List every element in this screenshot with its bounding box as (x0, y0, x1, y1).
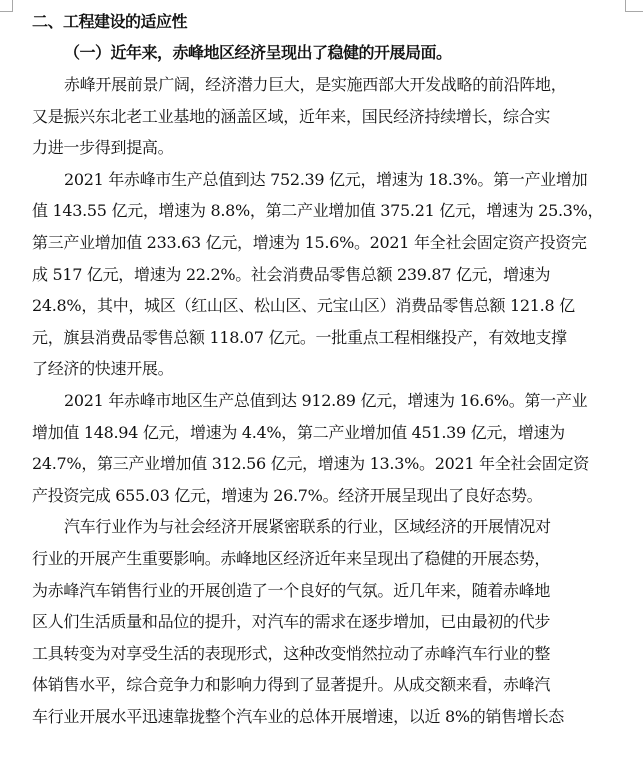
text-line: 元，旗县消费品零售总额 118.07 亿元。一批重点工程相继投产，有效地支撑 (32, 322, 580, 354)
text-line: 值 143.55 亿元，增速为 8.8%，第二产业增加值 375.21 亿元，增… (32, 195, 580, 227)
crop-mark-top-right (625, 0, 643, 12)
paragraph-gdp-2021-a: 2021 年赤峰市生产总值到达 752.39 亿元，增速为 18.3%。第一产业… (32, 164, 580, 385)
text-line: 了经济的快速开展。 (32, 353, 580, 385)
text-line: 车行业开展水平迅速靠拢整个汽车业的总体开展增速，以近 8%的销售增长态 (32, 701, 580, 733)
text-line: 赤峰开展前景广阔，经济潜力巨大，是实施西部大开发战略的前沿阵地， (32, 69, 580, 101)
text-line: 工具转变为对享受生活的表现形式，这种改变悄然拉动了赤峰汽车行业的整 (32, 638, 580, 670)
paragraph-auto-industry: 汽车行业作为与社会经济开展紧密联系的行业，区域经济的开展情况对 行业的开展产生重… (32, 511, 580, 732)
text-line: 力进一步得到提高。 (32, 132, 580, 164)
subsection-heading: （一）近年来，赤峰地区经济呈现出了稳健的开展局面。 (32, 37, 580, 69)
text-line: 又是振兴东北老工业基地的涵盖区域，近年来，国民经济持续增长，综合实 (32, 101, 580, 133)
text-line: 成 517 亿元，增速为 22.2%。社会消费品零售总额 239.87 亿元，增… (32, 259, 580, 291)
paragraph-overview: 赤峰开展前景广阔，经济潜力巨大，是实施西部大开发战略的前沿阵地， 又是振兴东北老… (32, 69, 580, 164)
text-line: 产投资完成 655.03 亿元，增速为 26.7%。经济开展呈现出了良好态势。 (32, 480, 580, 512)
section-heading: 二、工程建设的适应性 (32, 6, 580, 37)
text-line: 第三产业增加值 233.63 亿元，增速为 15.6%。2021 年全社会固定资… (32, 227, 580, 259)
text-line: 区人们生活质量和品位的提升，对汽车的需求在逐步增加，已由最初的代步 (32, 606, 580, 638)
text-line: 为赤峰汽车销售行业的开展创造了一个良好的气氛。近几年来，随着赤峰地 (32, 575, 580, 607)
text-line: 2021 年赤峰市生产总值到达 752.39 亿元，增速为 18.3%。第一产业… (32, 164, 580, 196)
text-line: 体销售水平，综合竞争力和影响力得到了显著提升。从成交额来看，赤峰汽 (32, 669, 580, 701)
text-line: 行业的开展产生重要影响。赤峰地区经济近年来呈现出了稳健的开展态势， (32, 543, 580, 575)
text-line: 增加值 148.94 亿元，增速为 4.4%，第二产业增加值 451.39 亿元… (32, 417, 580, 449)
text-line: 24.8%，其中，城区（红山区、松山区、元宝山区）消费品零售总额 121.8 亿 (32, 290, 580, 322)
crop-mark-top-left (0, 0, 13, 12)
paragraph-gdp-2021-b: 2021 年赤峰市地区生产总值到达 912.89 亿元，增速为 16.6%。第一… (32, 385, 580, 511)
text-line: 2021 年赤峰市地区生产总值到达 912.89 亿元，增速为 16.6%。第一… (32, 385, 580, 417)
text-line: 24.7%，第三产业增加值 312.56 亿元，增速为 13.3%。2021 年… (32, 448, 580, 480)
document-page: 二、工程建设的适应性 （一）近年来，赤峰地区经济呈现出了稳健的开展局面。 赤峰开… (32, 6, 580, 732)
text-line: 汽车行业作为与社会经济开展紧密联系的行业，区域经济的开展情况对 (32, 511, 580, 543)
